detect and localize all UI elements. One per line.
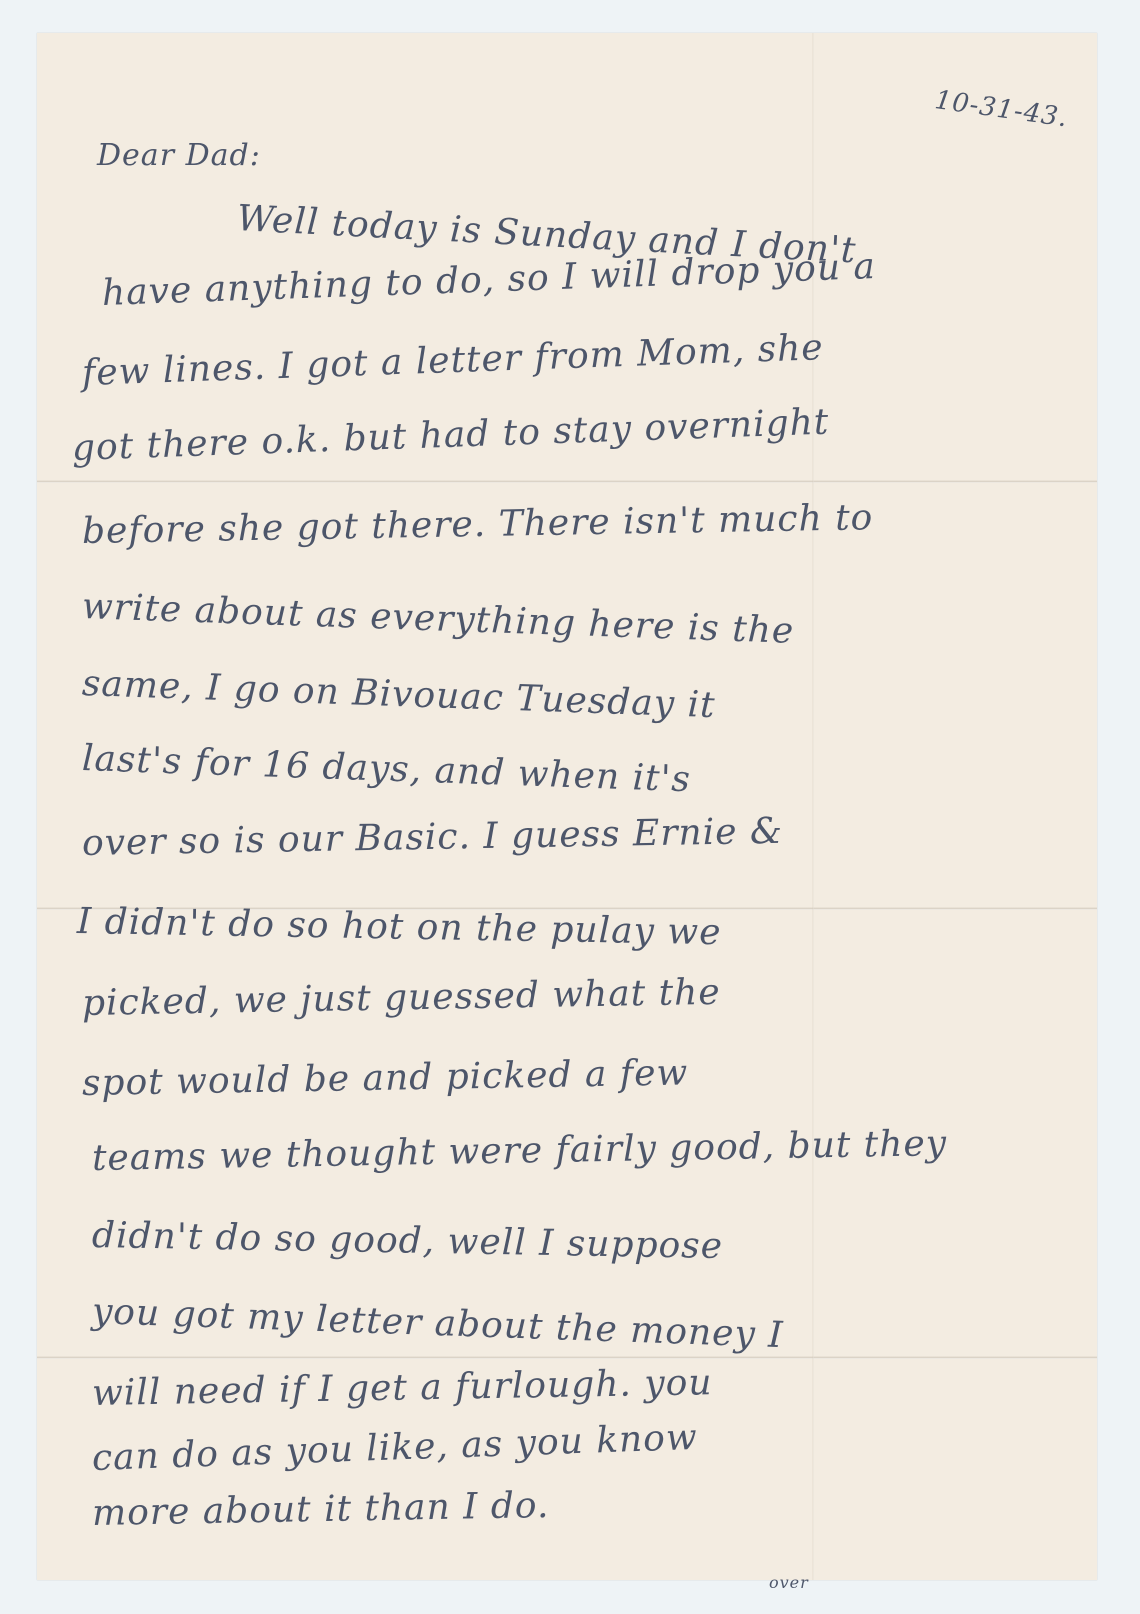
letter-line: have anything to do, so I will drop you … <box>101 246 876 314</box>
letter-line: got there o.k. but had to stay overnight <box>71 402 830 469</box>
letter-line: spot would be and picked a few <box>82 1052 689 1104</box>
fold-line <box>37 1356 1097 1359</box>
letter-line: picked, we just guessed what the <box>82 972 721 1024</box>
letter-page: 10-31-43. Dear Dad: Well today is Sunday… <box>37 33 1097 1580</box>
letter-line: can do as you like, as you know <box>91 1417 698 1479</box>
letter-line: before she got there. There isn't much t… <box>82 497 874 552</box>
letter-line: few lines. I got a letter from Mom, she <box>81 327 824 394</box>
letter-line: teams we thought were fairly good, but t… <box>92 1123 948 1179</box>
over-note: over <box>769 1573 809 1592</box>
letter-line: same, I go on Bivouac Tuesday it <box>81 663 716 726</box>
letter-line: didn't do so good, well I suppose <box>92 1215 724 1267</box>
letter-line: more about it than I do. <box>92 1485 550 1534</box>
letter-line: will need if I get a furlough. you <box>92 1362 713 1414</box>
letter-line: write about as everything here is the <box>81 586 795 652</box>
letter-line: over so is our Basic. I guess Ernie & <box>82 811 784 864</box>
letter-date: 10-31-43. <box>933 85 1070 133</box>
letter-line: you got my letter about the money I <box>91 1291 784 1356</box>
letter-line: last's for 16 days, and when it's <box>81 738 691 800</box>
fold-line <box>37 480 1097 483</box>
letter-salutation: Dear Dad: <box>97 138 261 173</box>
